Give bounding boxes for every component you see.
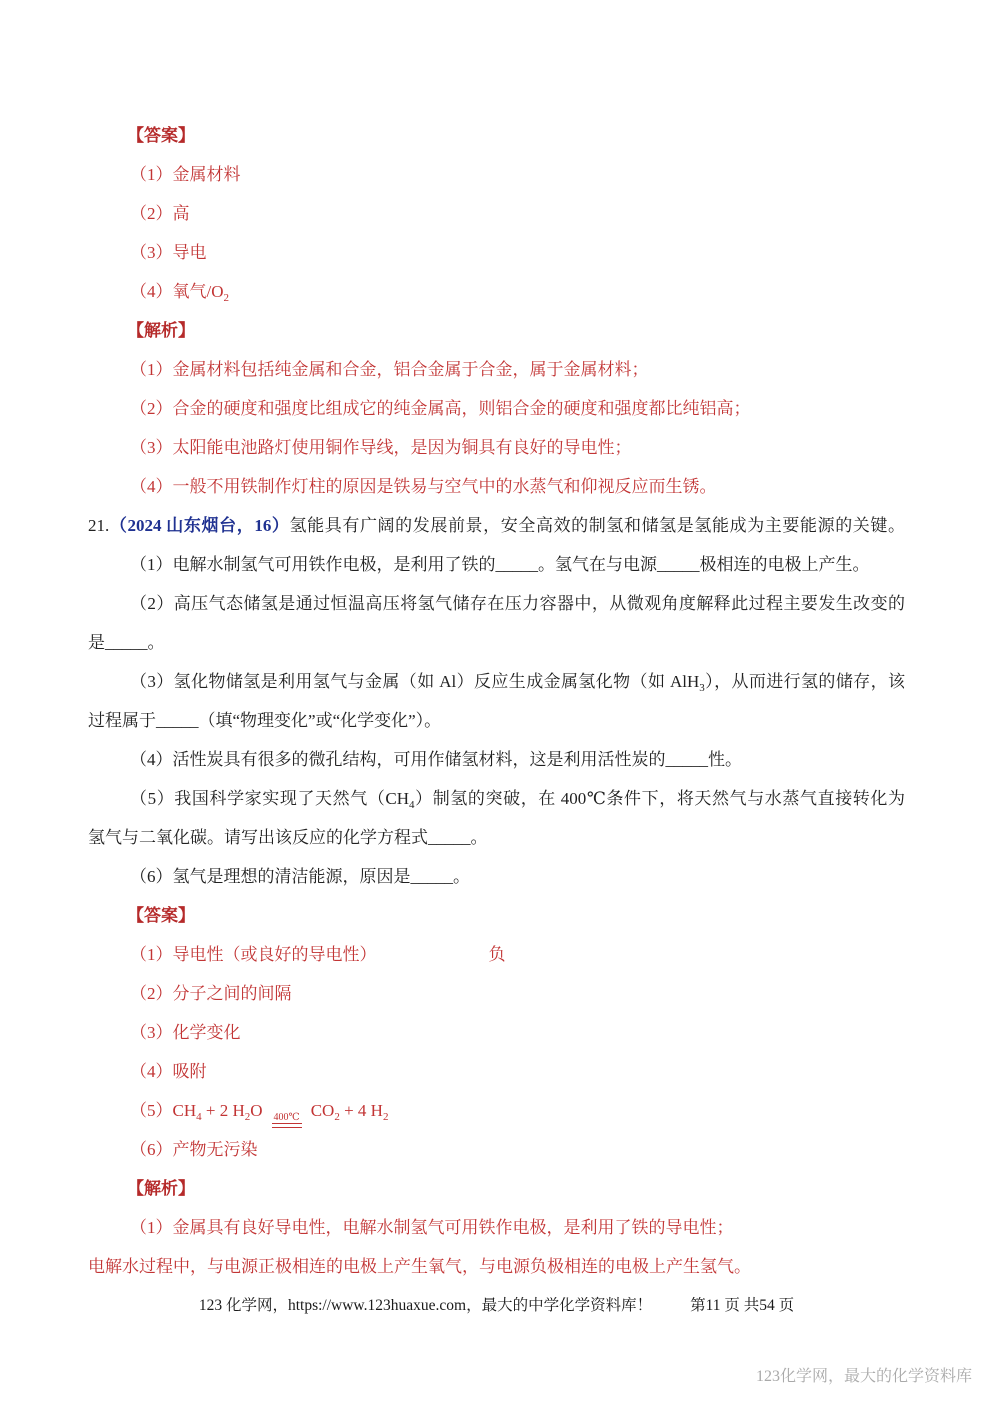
document-page: 【答案】 （1）金属材料 （2）高 （3）导电 （4）氧气/O2 【解析】 （1… — [0, 0, 992, 1325]
answer21-item-1: （1）导电性（或良好的导电性）负 — [88, 935, 905, 974]
question21-sub3-text: （3）氢化物储氢是利用氢气与金属（如 Al）反应生成金属氢化物（如 AlH — [130, 672, 699, 691]
question21-sub3-text-post: ），从而进行氢的储存，该 — [705, 672, 905, 691]
answer21-item-4: （4）吸附 — [88, 1052, 905, 1091]
question21-sub2-line1: （2）高压气态储氢是通过恒温高压将氢气储存在压力容器中，从微观角度解释此过程主要… — [88, 584, 905, 623]
question21-sub3-line2: 过程属于_____（填“物理变化”或“化学变化”）。 — [88, 701, 905, 740]
formula-h2o-o: O — [250, 1101, 262, 1120]
analysis21-header: 【解析】 — [88, 1169, 905, 1208]
footer-page-number: 第11 页 共54 页 — [690, 1297, 794, 1314]
answer21-item-2: （2）分子之间的间隔 — [88, 974, 905, 1013]
answer20-item-2: （2）高 — [88, 194, 905, 233]
question21-sub6: （6）氢气是理想的清洁能源，原因是_____。 — [88, 857, 905, 896]
analysis20-item-2: （2）合金的硬度和强度比组成它的纯金属高，则铝合金的硬度和强度都比纯铝高； — [88, 389, 905, 428]
equation-lhs: CH4 + 2 H2O — [173, 1101, 263, 1120]
question21-sub2-line2: 是_____。 — [88, 623, 905, 662]
answer21-header: 【答案】 — [88, 896, 905, 935]
formula-h2: + 4 H — [340, 1101, 383, 1120]
watermark: 123化学网，最大的化学资料库 — [756, 1367, 972, 1387]
equation-label: （5） — [130, 1101, 173, 1120]
question21-sub3-line1: （3）氢化物储氢是利用氢气与金属（如 Al）反应生成金属氢化物（如 AlH3），… — [88, 662, 905, 701]
question21-sub4: （4）活性炭具有很多的微孔结构，可用作储氢材料，这是利用活性炭的_____性。 — [88, 740, 905, 779]
answer20-item-3: （3）导电 — [88, 233, 905, 272]
reaction-condition-text: 400℃ — [272, 1112, 302, 1124]
oxygen-formula-subscript: 2 — [224, 292, 230, 304]
analysis21-line-1: （1）金属具有良好导电性，电解水制氢气可用铁作电极，是利用了铁的导电性； — [88, 1208, 905, 1247]
analysis20-item-3: （3）太阳能电池路灯使用铜作导线，是因为铜具有良好的导电性； — [88, 428, 905, 467]
analysis20-item-4: （4）一般不用铁制作灯柱的原因是铁易与空气中的水蒸气和仰视反应而生锈。 — [88, 467, 905, 506]
question21-source-tag: （2024 山东烟台，16） — [109, 516, 289, 535]
analysis20-header: 【解析】 — [88, 311, 905, 350]
analysis21-line-2: 电解水过程中，与电源正极相连的电极上产生氧气，与电源负极相连的电极上产生氢气。 — [88, 1247, 905, 1286]
question21-sub5-text: （5）我国科学家实现了天然气（CH — [130, 789, 409, 808]
question21-sub5-text-post: ）制氢的突破，在 400℃条件下，将天然气与水蒸气直接转化为 — [415, 789, 905, 808]
equation-rhs: CO2 + 4 H2 — [311, 1101, 389, 1120]
question21-intro: 氢能具有广阔的发展前景，安全高效的制氢和储氢是氢能成为主要能源的关键。 — [290, 516, 905, 535]
question21-stem: 21.（2024 山东烟台，16）氢能具有广阔的发展前景，安全高效的制氢和储氢是… — [88, 506, 905, 545]
answer21-item-1-main: （1）导电性（或良好的导电性） — [130, 945, 377, 964]
formula-ch: CH — [173, 1101, 197, 1120]
reaction-double-line — [272, 1124, 302, 1128]
answer21-item-5-equation: （5）CH4 + 2 H2O400℃CO2 + 4 H2 — [88, 1091, 905, 1130]
answer21-item-6: （6）产物无污染 — [88, 1130, 905, 1169]
formula-h2o-pre: + 2 H — [202, 1101, 245, 1120]
formula-h2-sub: 2 — [383, 1111, 389, 1123]
answer20-item-4: （4）氧气/O2 — [88, 272, 905, 311]
footer-site-info: 123 化学网，https://www.123huaxue.com，最大的中学化… — [199, 1297, 652, 1314]
question21-number: 21. — [88, 516, 109, 535]
question21-sub5-line1: （5）我国科学家实现了天然气（CH4）制氢的突破，在 400℃条件下，将天然气与… — [88, 779, 905, 818]
question21-sub1: （1）电解水制氢气可用铁作电极，是利用了铁的_____。氢气在与电源_____极… — [88, 545, 905, 584]
reaction-condition-symbol: 400℃ — [272, 1112, 302, 1128]
answer20-item-1: （1）金属材料 — [88, 155, 905, 194]
analysis20-item-1: （1）金属材料包括纯金属和合金，铝合金属于合金，属于金属材料； — [88, 350, 905, 389]
question21-sub5-line2: 氢气与二氧化碳。请写出该反应的化学方程式_____。 — [88, 818, 905, 857]
formula-co2: CO — [311, 1101, 335, 1120]
answer20-item-4-text: （4）氧气/O — [130, 282, 224, 301]
page-footer: 123 化学网，https://www.123huaxue.com，最大的中学化… — [88, 1286, 905, 1325]
answer20-header: 【答案】 — [88, 116, 905, 155]
answer21-item-3: （3）化学变化 — [88, 1013, 905, 1052]
answer21-item-1-second: 负 — [489, 945, 506, 964]
